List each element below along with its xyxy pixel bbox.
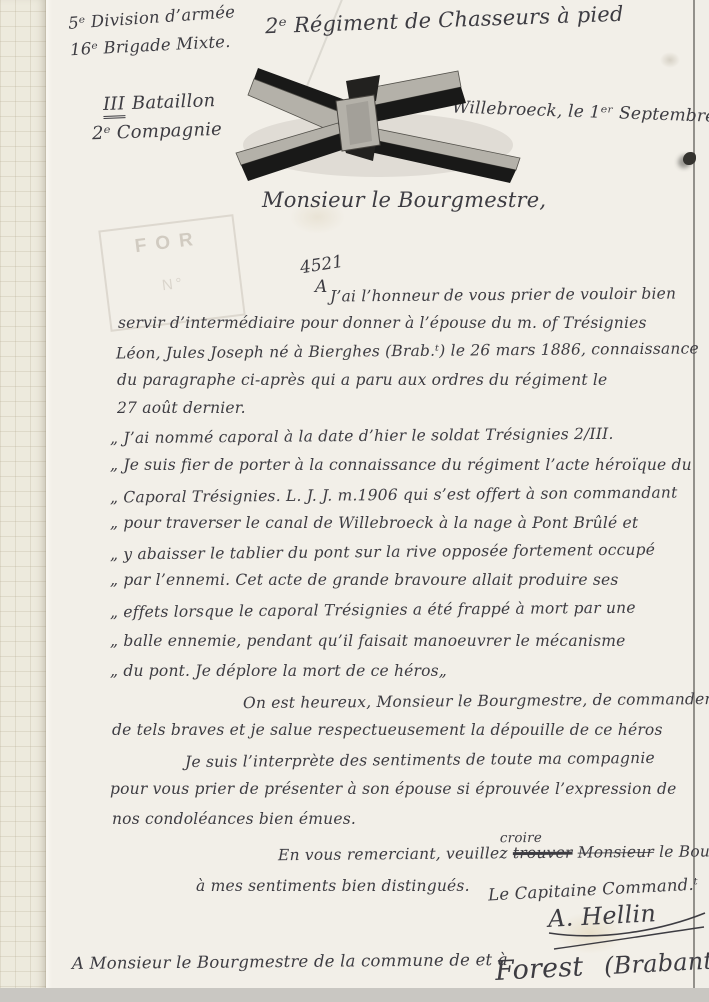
- closing-line: En vous remerciant, veuillez trouvercroi…: [278, 842, 709, 864]
- page-left-fold: [46, 0, 52, 1002]
- commune-name: Forest: [494, 951, 584, 987]
- stamp-number-label: N°: [107, 268, 240, 301]
- letter-line: On est heureux, Monsieur le Bourgmestre,…: [243, 690, 709, 712]
- letter-line: J’ai l’honneur de vous prier de vouloir …: [330, 284, 676, 305]
- letter-line: „ y abaisser le tablier du pont sur la r…: [110, 541, 655, 564]
- footer-address: A Monsieur le Bourgmestre de la commune …: [72, 950, 508, 973]
- regiment-title: 2ᵉ Régiment de Chasseurs à pied: [265, 2, 624, 39]
- battalion-word: Bataillon: [132, 90, 216, 114]
- letter-line: Léon, Jules Joseph né à Bierghes (Brab.ᵗ…: [116, 339, 699, 362]
- closing-prefix: En vous remerciant, veuillez: [278, 844, 513, 864]
- mourning-ribbon-bow: [228, 53, 528, 185]
- struck-monsieur: Monsieur: [578, 843, 654, 862]
- registry-letter: A: [315, 277, 327, 297]
- province-name: (Brabant): [603, 946, 709, 980]
- letter-line: servir d’intermédiaire pour donner à l’é…: [118, 314, 647, 332]
- letter-line: pour vous prier de présenter à son épous…: [110, 780, 677, 798]
- letter-line: Je suis l’interprète des sentiments de t…: [185, 749, 655, 771]
- stamp-text: FOR: [101, 224, 235, 262]
- closing-line-2: à mes sentiments bien distingués.: [196, 877, 470, 895]
- company-line: 2ᵉ Compagnie: [92, 119, 223, 145]
- letter-line: „ Caporal Trésignies. L. J. J. m.1906 qu…: [110, 484, 678, 507]
- scan-bottom-band: [0, 988, 709, 1002]
- brigade-line: 16ᵉ Brigade Mixte.: [70, 32, 231, 59]
- registry-number: 4521: [299, 252, 345, 279]
- salutation-line: Monsieur le Bourgmestre,: [262, 188, 546, 212]
- letter-line: „ par l’ennemi. Cet acte de grande bravo…: [110, 571, 619, 589]
- struck-word: trouver: [513, 844, 573, 863]
- letter-line: de tels braves et je salue respectueusem…: [112, 721, 663, 739]
- letter-line: „ effets lorsque le caporal Trésignies a…: [110, 599, 636, 622]
- paper-stain: [660, 52, 680, 68]
- inserted-word: croire: [500, 830, 542, 846]
- footer-commune: Forest (Brabant): [494, 944, 709, 987]
- letter-line: „ J’ai nommé caporal à la date d’hier le…: [110, 425, 614, 447]
- letter-line: „ pour traverser le canal de Willebroeck…: [110, 514, 638, 532]
- battalion-line: IIIBataillon: [103, 90, 216, 115]
- letter-line: „ du pont. Je déplore la mort de ce héro…: [110, 662, 447, 680]
- squared-paper-edge: [0, 0, 46, 1002]
- letter-line: du paragraphe ci-après qui a paru aux or…: [117, 371, 607, 389]
- letter-line: „ Je suis fier de porter à la connaissan…: [110, 456, 692, 474]
- letter-line: 27 août dernier.: [117, 399, 246, 417]
- battalion-numeral: III: [103, 93, 126, 119]
- closing-suffix: le Bourgmestre: [654, 842, 709, 861]
- division-line: 5ᵉ Division d’armée: [68, 2, 236, 33]
- signature-title: Le Capitaine Command.ᵗ: [488, 875, 699, 905]
- letter-line: „ balle ennemie, pendant qu’il faisait m…: [110, 632, 626, 650]
- letter-scan: 5ᵉ Division d’armée 16ᵉ Brigade Mixte. I…: [0, 0, 709, 1002]
- letter-line: nos condoléances bien émues.: [112, 810, 356, 828]
